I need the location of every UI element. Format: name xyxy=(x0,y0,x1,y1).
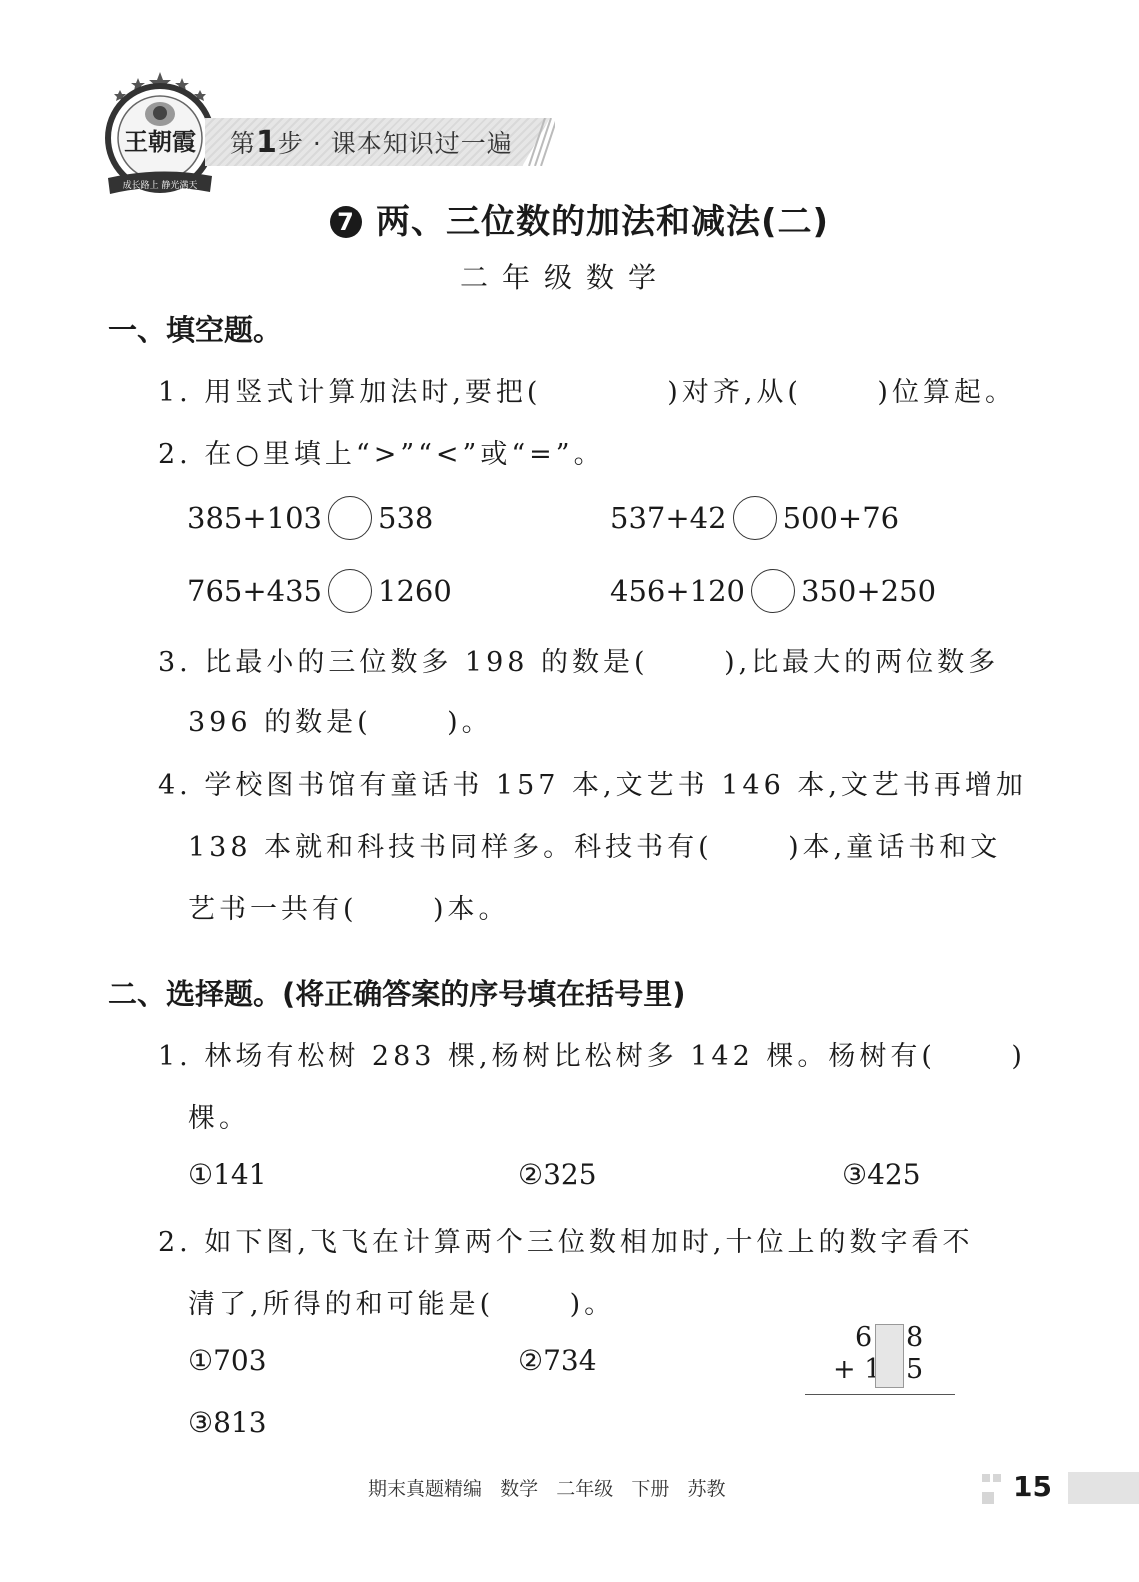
banner-stripes-decoration xyxy=(515,118,555,166)
vertical-addition-figure: 6 8 + 1 5 xyxy=(805,1322,957,1398)
option-2-2-c: ③813 xyxy=(188,1406,267,1439)
option-2-1-c: ③425 xyxy=(842,1158,921,1191)
comparison-1: 385+103538 xyxy=(187,496,433,540)
grade-subject-subtitle: 二年级数学 xyxy=(460,256,670,296)
comparison-4: 456+120350+250 xyxy=(610,569,936,613)
page-number: 15 xyxy=(1013,1470,1052,1503)
question-1-3-line1: 3. 比最小的三位数多 198 的数是( ),比最大的两位数多 xyxy=(158,640,999,679)
section-1-heading: 一、填空题。 xyxy=(108,308,282,349)
step-banner-label: 第1步 · 课本知识过一遍 xyxy=(230,124,513,160)
section-2-heading: 二、选择题。(将正确答案的序号填在括号里) xyxy=(108,972,686,1013)
question-2-1-line2: 棵。 xyxy=(188,1096,250,1135)
digit: 6 xyxy=(855,1322,872,1353)
question-2-1-line1: 1. 林场有松树 283 棵,杨树比松树多 142 棵。杨树有( ) xyxy=(158,1034,1026,1073)
sum-line xyxy=(805,1394,955,1395)
option-2-1-a: ①141 xyxy=(188,1158,267,1191)
digit: 5 xyxy=(906,1354,923,1385)
question-2-2-line2: 清了,所得的和可能是( )。 xyxy=(188,1282,615,1321)
page-decoration xyxy=(982,1474,1010,1504)
digit: 8 xyxy=(906,1322,923,1353)
answer-circle[interactable] xyxy=(328,569,372,613)
comparison-3: 765+4351260 xyxy=(187,569,452,613)
svg-text:成长路上 静光满天: 成长路上 静光满天 xyxy=(123,179,198,191)
svg-text:王朝霞: 王朝霞 xyxy=(124,127,196,156)
option-2-2-b: ②734 xyxy=(518,1344,597,1377)
answer-circle[interactable] xyxy=(328,496,372,540)
lesson-number-badge: 7 xyxy=(330,206,362,238)
question-1-3-line2: 396 的数是( )。 xyxy=(188,700,493,739)
answer-circle[interactable] xyxy=(751,569,795,613)
question-1-2: 2. 在○里填上“>”“<”或“=”。 xyxy=(158,432,605,471)
footer-book-info: 期末真题精编 数学 二年级 下册 苏教 xyxy=(368,1474,725,1501)
lesson-title: 7两、三位数的加法和减法(二) xyxy=(330,194,829,243)
question-1-4-line1: 4. 学校图书馆有童话书 157 本,文艺书 146 本,文艺书再增加 xyxy=(158,763,1027,802)
question-2-2-line1: 2. 如下图,飞飞在计算两个三位数相加时,十位上的数字看不 xyxy=(158,1220,974,1259)
option-2-2-a: ①703 xyxy=(188,1344,267,1377)
page-number-bar xyxy=(1068,1472,1139,1504)
option-2-1-b: ②325 xyxy=(518,1158,597,1191)
question-1-4-line2: 138 本就和科技书同样多。科技书有( )本,童话书和文 xyxy=(188,825,1001,864)
question-1-4-line3: 艺书一共有( )本。 xyxy=(188,887,510,926)
obscured-tens-box xyxy=(875,1324,904,1388)
question-1-1: 1. 用竖式计算加法时,要把( )对齐,从( )位算起。 xyxy=(158,370,1016,409)
comparison-2: 537+42500+76 xyxy=(610,496,899,540)
publisher-logo: 王朝霞 成长路上 静光满天 xyxy=(100,70,220,200)
answer-circle[interactable] xyxy=(733,496,777,540)
